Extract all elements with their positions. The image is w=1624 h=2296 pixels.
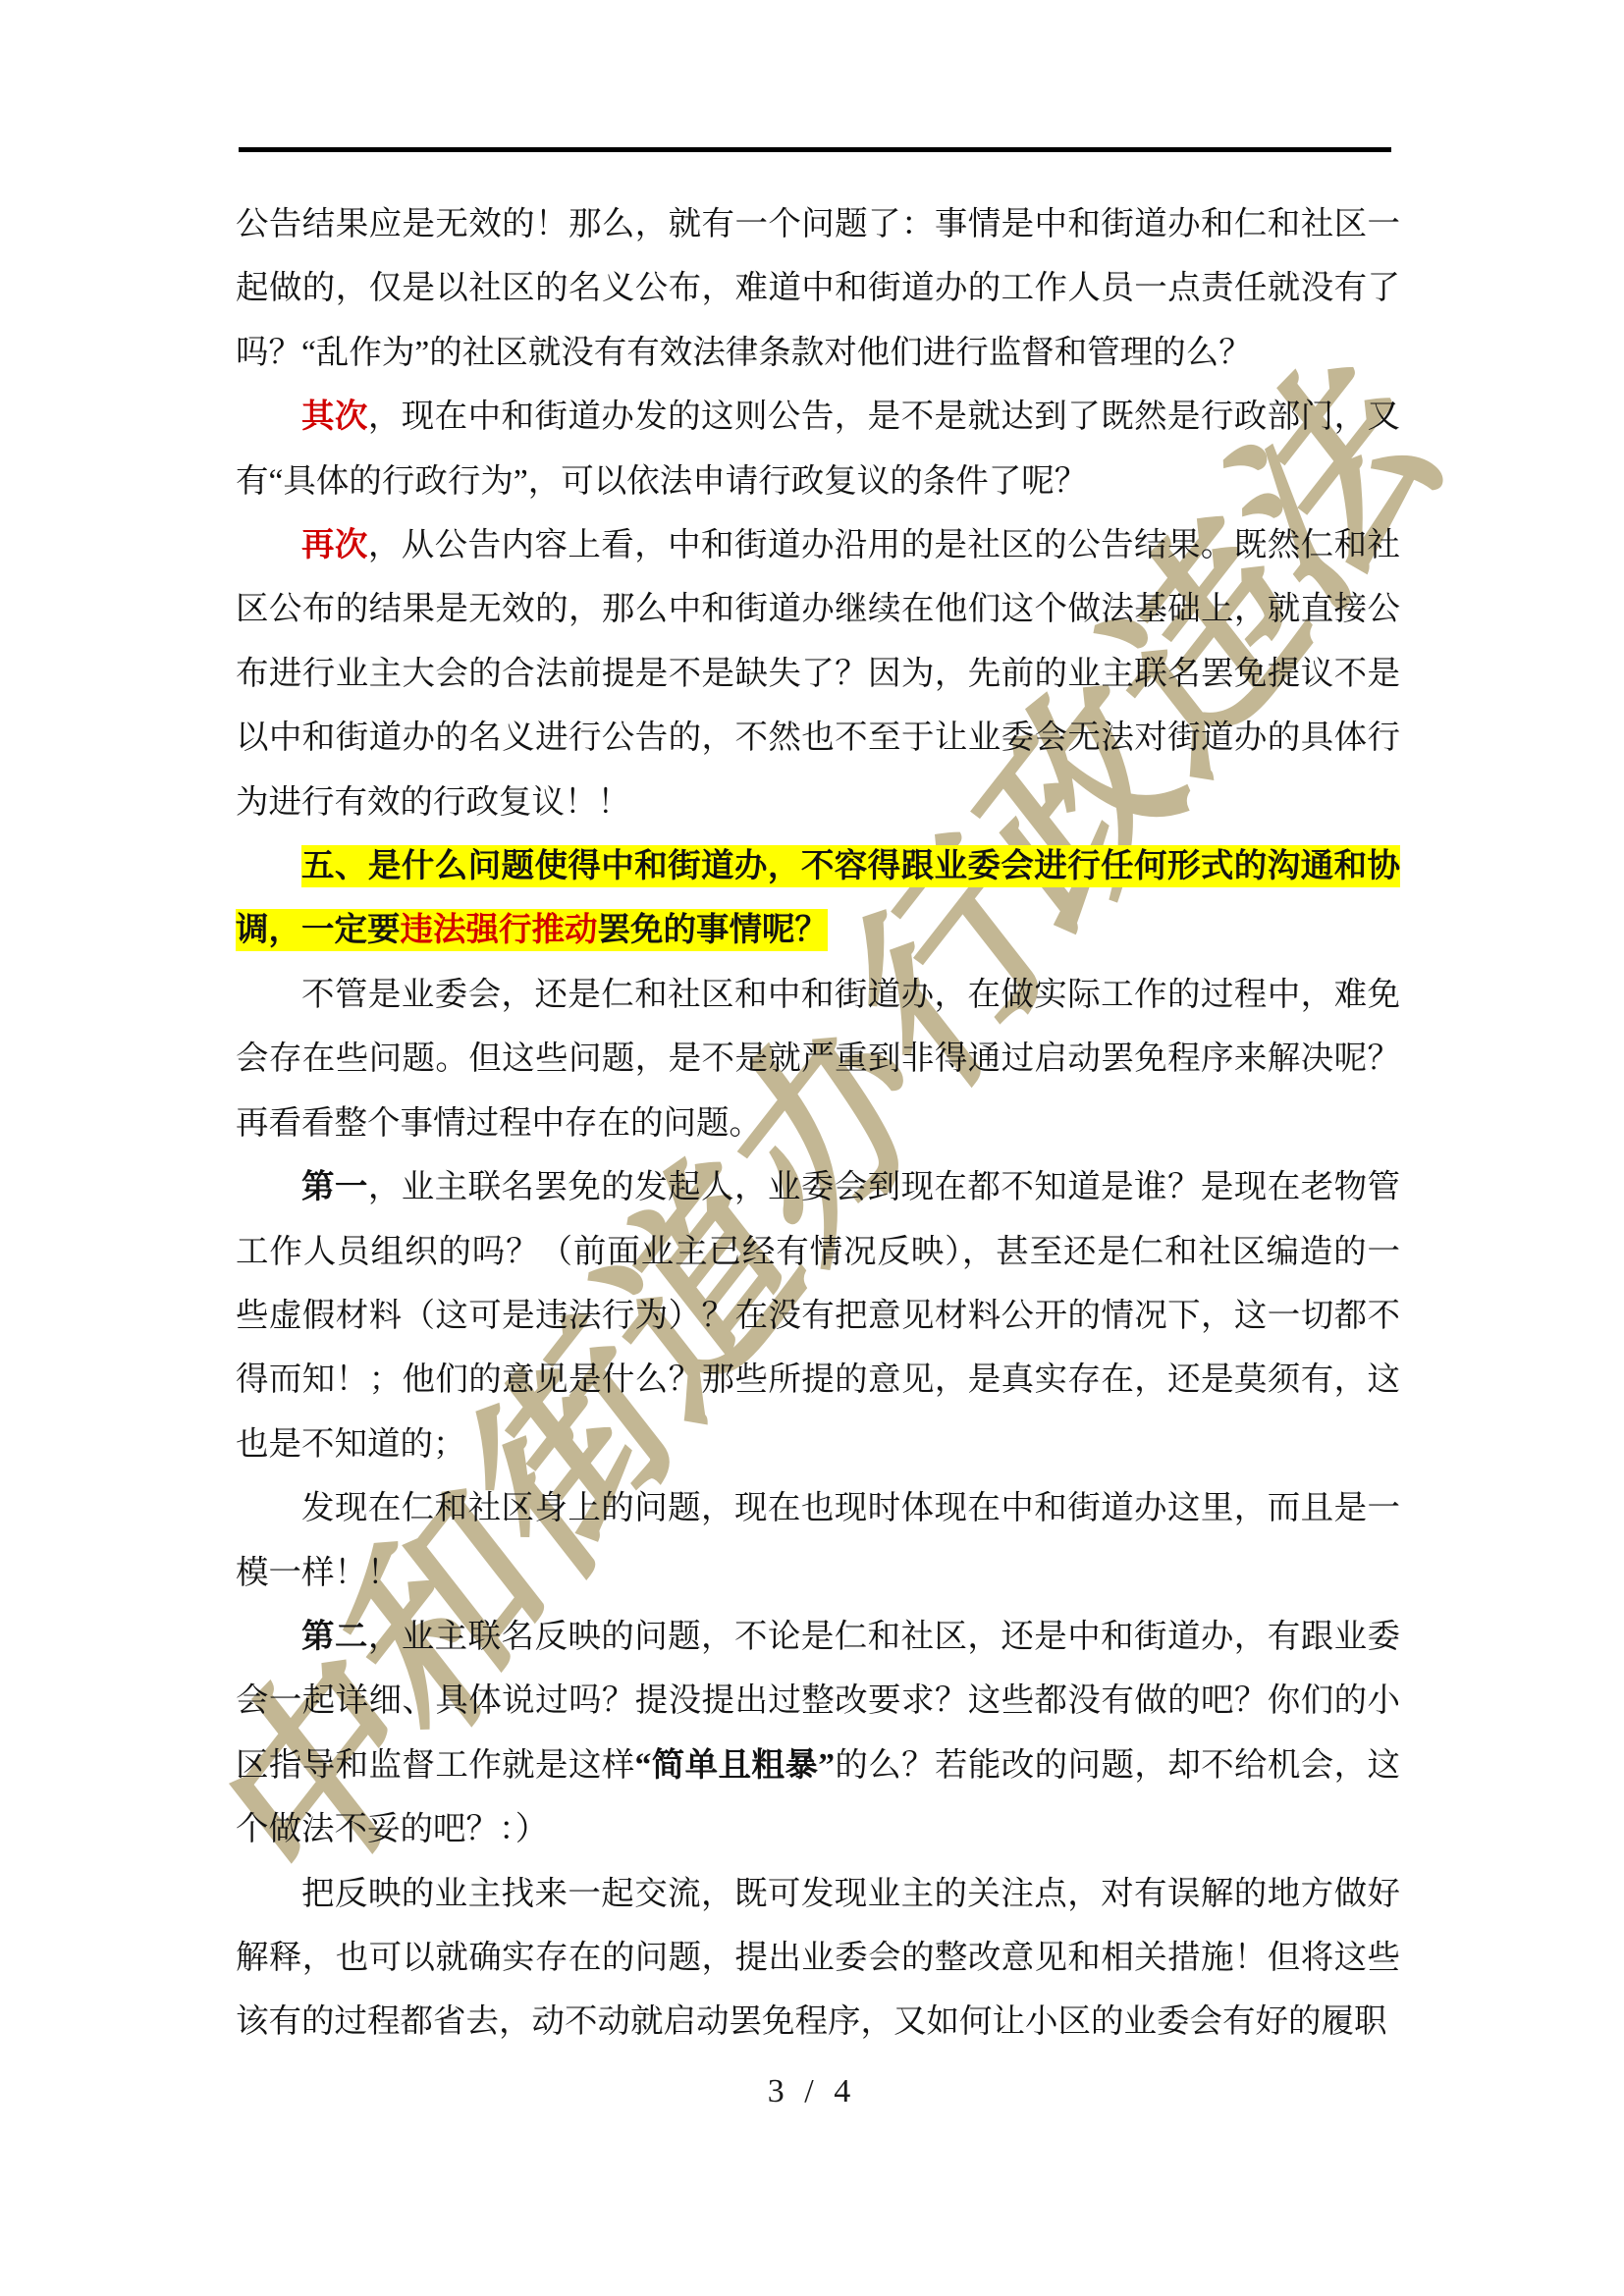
text-run: 把反映的业主找来一起交流，既可发现业主的关注点，对有误解的地方做好解释，也可以就… [236,1876,1400,2041]
paragraph: 公告结果应是无效的！那么，就有一个问题了：事情是中和街道办和仁和社区一起做的，仅… [236,192,1400,385]
paragraph: 其次，现在中和街道办发的这则公告，是不是就达到了既然是行政部门，又有“具体的行政… [236,385,1400,513]
emphasis-text: 再次 [301,527,368,563]
text-run: 罢免的事情呢？ [598,912,829,948]
text-run: ，从公告内容上看，中和街道办沿用的是社区的公告结果。既然仁和社区公布的结果是无效… [236,527,1400,821]
emphasis-text: “简单且粗暴” [635,1747,835,1784]
paragraph: 再次，从公告内容上看，中和街道办沿用的是社区的公告结果。既然仁和社区公布的结果是… [236,513,1400,834]
text-run: ，业主联名罢免的发起人，业委会到现在都不知道是谁？是现在老物管工作人员组织的吗？… [236,1169,1400,1463]
text-run: 公告结果应是无效的！那么，就有一个问题了：事情是中和街道办和仁和社区一起做的，仅… [236,206,1400,371]
paragraph: 第二，业主联名反映的问题，不论是仁和社区，还是中和街道办，有跟业委会一起详细、具… [236,1605,1400,1862]
emphasis-text: 第二 [301,1619,368,1655]
paragraph: 不管是业委会，还是仁和社区和中和街道办，在做实际工作的过程中，难免会存在些问题。… [236,963,1400,1155]
text-run: ，现在中和街道办发的这则公告，是不是就达到了既然是行政部门，又有“具体的行政行为… [236,399,1400,499]
paragraph: 把反映的业主找来一起交流，既可发现业主的关注点，对有误解的地方做好解释，也可以就… [236,1862,1400,2055]
heading-highlight: 五、是什么问题使得中和街道办，不容得跟业委会进行任何形式的沟通和协调，一定要违法… [236,845,1400,951]
document-body: 公告结果应是无效的！那么，就有一个问题了：事情是中和街道办和仁和社区一起做的，仅… [236,192,1400,2055]
paragraph: 第一，业主联名罢免的发起人，业委会到现在都不知道是谁？是现在老物管工作人员组织的… [236,1155,1400,1476]
text-run: 不管是业委会，还是仁和社区和中和街道办，在做实际工作的过程中，难免会存在些问题。… [236,977,1400,1142]
header-rule [239,147,1391,152]
page-number: 3 / 4 [0,2073,1624,2110]
emphasis-text: 第一 [301,1169,368,1205]
document-page: 中和街道办行政违法 公告结果应是无效的！那么，就有一个问题了：事情是中和街道办和… [0,0,1624,2296]
paragraph: 发现在仁和社区身上的问题，现在也现时体现在中和街道办这里，而且是一模一样！！ [236,1476,1400,1605]
emphasis-text: 违法强行推动 [401,912,598,948]
emphasis-text: 其次 [301,399,368,435]
section-heading: 五、是什么问题使得中和街道办，不容得跟业委会进行任何形式的沟通和协调，一定要违法… [236,834,1400,963]
text-run: 发现在仁和社区身上的问题，现在也现时体现在中和街道办这里，而且是一模一样！！ [236,1490,1400,1590]
